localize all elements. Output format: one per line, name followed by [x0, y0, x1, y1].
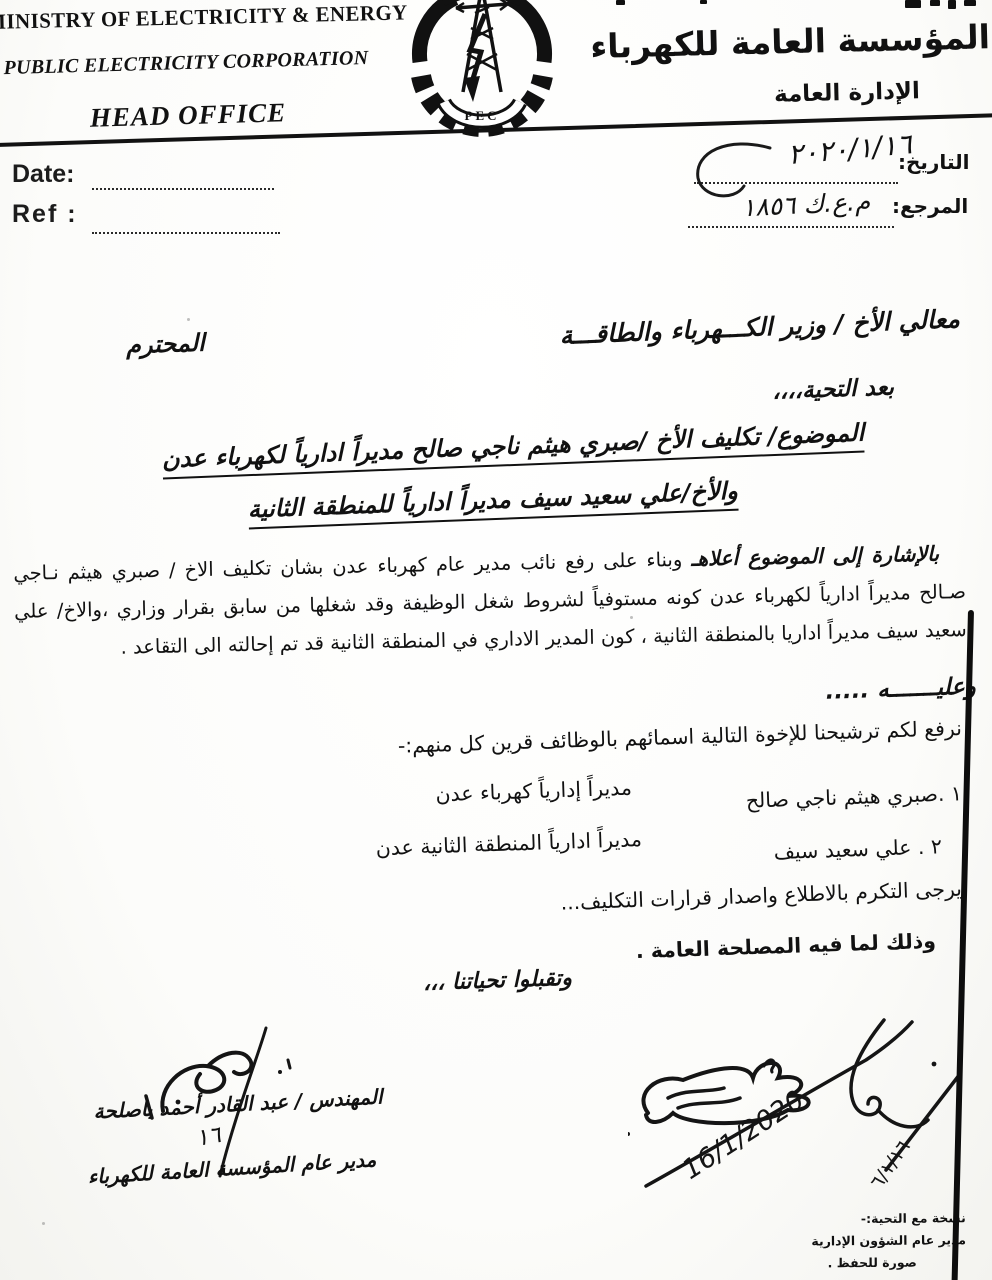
closing-regards: وتقبلوا تحياتنا ،،، — [328, 966, 573, 1000]
pec-logo-text: PEC — [465, 108, 500, 123]
cc-item: صورة للحفظ . — [778, 1251, 966, 1275]
date-line — [92, 186, 274, 190]
nominee-2-name: ٢ . علي سعيد سيف — [726, 834, 943, 866]
corporation-name-en: PUBLIC ELECTRICITY CORPORATION — [0, 47, 372, 80]
closing-benefit: وذلك لما فيه المصلحة العامة . — [632, 929, 937, 964]
top-cut-fragment — [948, 0, 956, 9]
handwritten-number: ١٦ — [194, 1122, 223, 1152]
signature-scribble-right: 16/1/2020 ٦/١/١٦ — [628, 1018, 963, 1207]
scan-noise-dot — [187, 318, 190, 321]
ref-line — [92, 230, 280, 234]
head-office-en: HEAD OFFICE — [58, 96, 319, 134]
greeting: بعد التحية،،،، — [694, 375, 895, 408]
nominee-2-position: مديراً ادارياً المنطقة الثانية عدن — [352, 827, 643, 861]
cc-block: نسخة مع التحية:- مدير عام الشؤون الإداري… — [778, 1207, 967, 1274]
pec-emblem-icon: PEC — [396, 0, 568, 142]
ministry-name-en: MINISTRY OF ELECTRICITY & ENERGY — [0, 1, 365, 35]
addressee: معالي الأخ / وزير الكـــهرباء والطاقـــة — [588, 304, 961, 349]
pec-logo: PEC — [396, 0, 568, 142]
date-label-en: Date: — [12, 160, 75, 189]
cc-header: نسخة مع التحية:- — [778, 1207, 966, 1231]
top-cut-fragment — [964, 0, 976, 6]
subject-line-2-text: والأخ/علي سعيد سيف مديراً ادارياً للمنطق… — [247, 477, 738, 530]
top-cut-fragment — [905, 0, 921, 8]
body-lead: بالإشارة إلى الموضوع أعلاهـ — [691, 542, 939, 571]
scan-noise-dot — [630, 616, 633, 619]
handwritten-signature-date: 16/1/2020 — [677, 1084, 810, 1185]
honorific: المحترم — [126, 329, 206, 360]
top-cut-fragment — [700, 0, 707, 4]
nominee-1-position: مديراً إدارياً كهرباء عدن — [378, 776, 633, 809]
ref-line-ar — [688, 224, 894, 228]
subject-line-1: الموضوع/ تكليف الأخ /صبري هيثم ناجي صالح… — [160, 418, 867, 473]
scanned-letter-page: MINISTRY OF ELECTRICITY & ENERGY PUBLIC … — [0, 0, 992, 1280]
handwritten-side-note: ٦/١/١٦ — [866, 1136, 915, 1193]
subject-line-2: والأخ/علي سعيد سيف مديراً ادارياً للمنطق… — [252, 477, 739, 524]
therefore-line: وعليـــــــه ..... — [836, 674, 977, 705]
ref-label-en: Ref : — [12, 200, 78, 229]
scan-noise-dot — [42, 1222, 45, 1225]
body-paragraph: بالإشارة إلى الموضوع أعلاهـ وبناء على رف… — [13, 534, 967, 669]
cc-item: مدير عام الشؤون الإدارية — [778, 1229, 966, 1253]
corporation-name-ar: المؤسسة العامة للكهرباء — [598, 17, 991, 66]
closing-request: يرجى التكرم بالاطلاع واصدار قرارات التكل… — [538, 877, 963, 916]
top-cut-fragment — [930, 0, 940, 6]
subject-line-1-text: الموضوع/ تكليف الأخ /صبري هيثم ناجي صالح… — [161, 419, 864, 480]
nomination-intro: نرفع لكم ترشيحنا للإخوة التالية اسمائهم … — [328, 716, 962, 760]
department-name-ar: الإدارة العامة — [742, 77, 953, 108]
nominee-1-name: ١ .صبري هيثم ناجي صالح — [688, 781, 963, 815]
top-cut-fragment — [616, 0, 625, 5]
